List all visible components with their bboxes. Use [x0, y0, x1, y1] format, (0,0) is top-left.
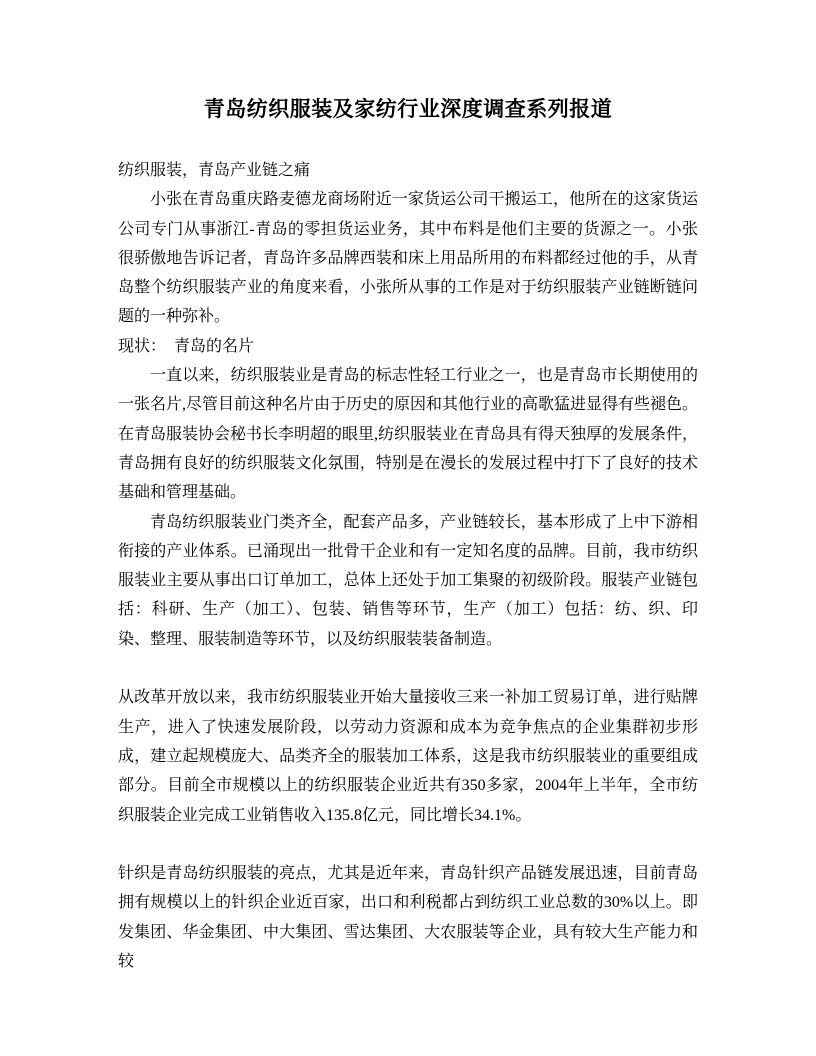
paragraph-knitting-highlight: 针织是青岛纺织服装的亮点，尤其是近年来，青岛针织产品链发展迅速，目前青岛拥有规模…	[118, 859, 698, 976]
document-page: 青岛纺织服装及家纺行业深度调查系列报道 纺织服装，青岛产业链之痛 小张在青岛重庆…	[0, 0, 816, 1056]
section-heading-textile-pain: 纺织服装，青岛产业链之痛	[118, 156, 698, 185]
paragraph-reform-opening: 从改革开放以来，我市纺织服装业开始大量接收三来一补加工贸易订单，进行贴牌生产，进…	[118, 683, 698, 829]
paragraph-industry-history: 一直以来，纺织服装业是青岛的标志性轻工行业之一，也是青岛市长期使用的一张名片,尽…	[118, 361, 698, 507]
section-heading-status-qingdao-card: 现状： 青岛的名片	[118, 332, 698, 361]
paragraph-xiaozhang-story: 小张在青岛重庆路麦德龙商场附近一家货运公司干搬运工，他所在的这家货运公司专门从事…	[118, 185, 698, 331]
blank-line	[118, 654, 698, 683]
blank-line	[118, 830, 698, 859]
paragraph-industry-chain: 青岛纺织服装业门类齐全，配套产品多，产业链较长，基本形成了上中下游相衔接的产业体…	[118, 508, 698, 654]
document-title: 青岛纺织服装及家纺行业深度调查系列报道	[118, 94, 698, 124]
